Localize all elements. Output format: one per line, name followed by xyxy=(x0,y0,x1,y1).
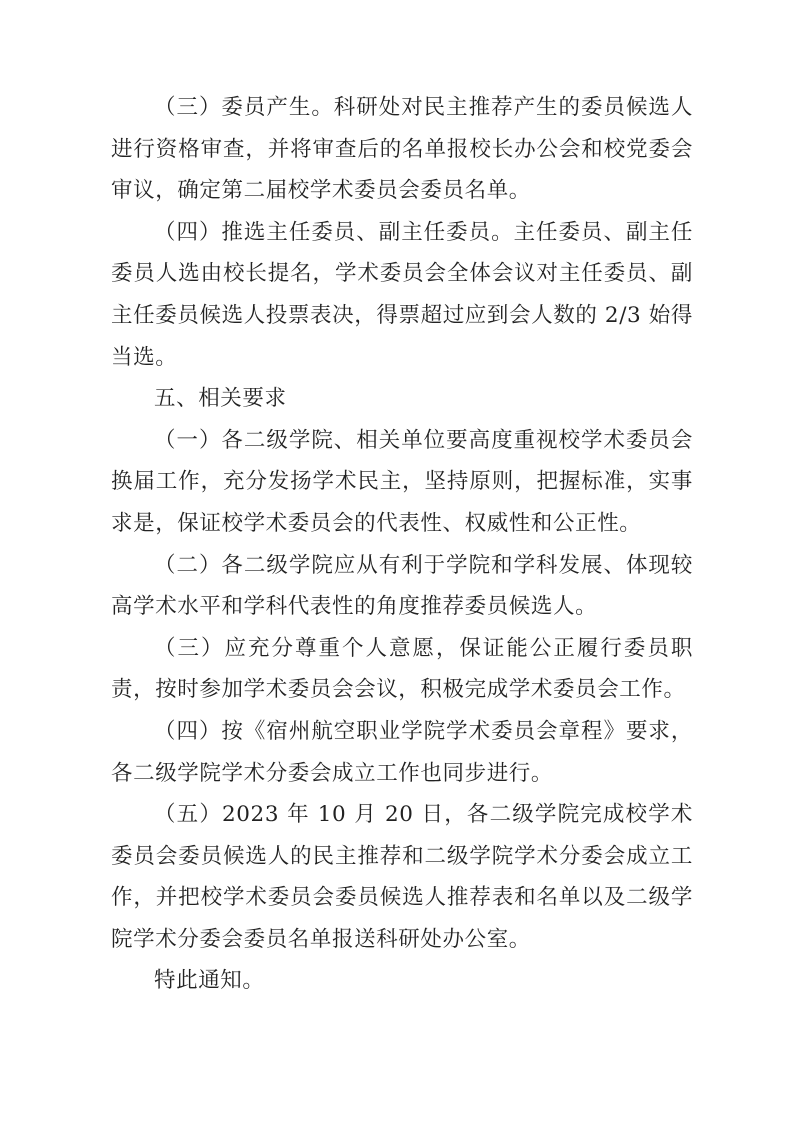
page: （三）委员产生。科研处对民主推荐产生的委员候选人进行资格审查，并将审查后的名单报… xyxy=(0,0,793,1122)
paragraph-requirement-3: （三）应充分尊重个人意愿，保证能公正履行委员职责，按时参加学术委员会会议，积极完… xyxy=(111,628,693,711)
paragraph-chair-vicechair-election: （四）推选主任委员、副主任委员。主任委员、副主任委员人选由校长提名，学术委员会全… xyxy=(111,212,693,378)
document-body: （三）委员产生。科研处对民主推荐产生的委员候选人进行资格审查，并将审查后的名单报… xyxy=(111,87,693,1002)
paragraph-requirement-4: （四）按《宿州航空职业学院学术委员会章程》要求，各二级学院学术分委会成立工作也同… xyxy=(111,711,693,794)
document-page: { "document": { "colors": { "page_backgr… xyxy=(0,0,793,1122)
paragraph-requirement-2: （二）各二级学院应从有利于学院和学科发展、体现较高学术水平和学科代表性的角度推荐… xyxy=(111,545,693,628)
paragraph-requirement-5-deadline: （五）2023 年 10 月 20 日，各二级学院完成校学术委员会委员候选人的民… xyxy=(111,794,693,960)
section-heading-related-requirements: 五、相关要求 xyxy=(111,378,693,420)
paragraph-requirement-1: （一）各二级学院、相关单位要高度重视校学术委员会换届工作，充分发扬学术民主，坚持… xyxy=(111,420,693,545)
paragraph-committee-generation: （三）委员产生。科研处对民主推荐产生的委员候选人进行资格审查，并将审查后的名单报… xyxy=(111,87,693,212)
paragraph-closing-notice: 特此通知。 xyxy=(111,960,693,1002)
